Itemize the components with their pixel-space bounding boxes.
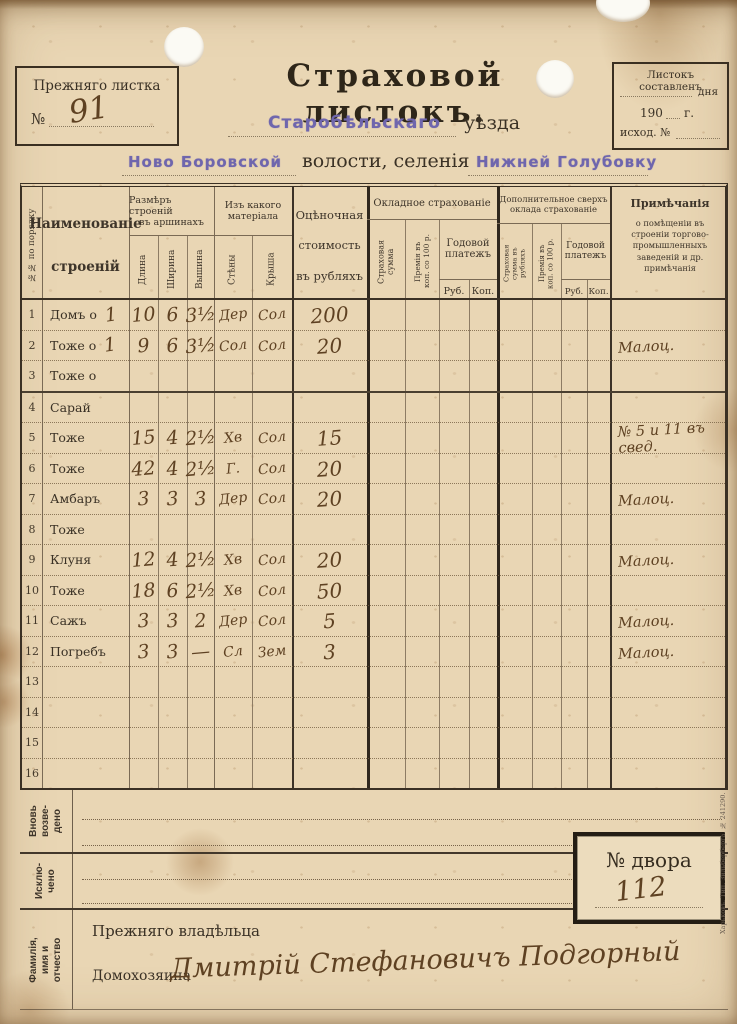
- extra-payment-line1: Годовой: [566, 241, 605, 251]
- dotted-line: [620, 96, 692, 97]
- height-value: —: [186, 635, 215, 667]
- grid-line: [72, 790, 73, 852]
- estimated-value: 20: [291, 451, 368, 486]
- table-row: 7 Амбаръ 3 3 3 Дер Сол 20 Малоц.: [22, 484, 725, 515]
- newly-built-label: Вновь возве- дено: [28, 805, 64, 837]
- torn-notch: [596, 0, 650, 22]
- table-row: 3 Тоже о: [22, 361, 725, 393]
- dotted-line: [595, 907, 703, 908]
- issue-outgoing-label: исход. №: [620, 126, 671, 139]
- extra-premium-line1: Премія въ: [538, 245, 546, 282]
- width-value: 3: [157, 605, 188, 637]
- length-value: 12: [128, 544, 159, 576]
- extra-premium-line2: коп. со 100 р.: [547, 238, 555, 288]
- row-number: 1: [22, 300, 42, 330]
- length-value: 18: [128, 574, 159, 606]
- col-header-value-line2: стоимость: [298, 238, 360, 252]
- handwritten-count: 1: [103, 334, 118, 357]
- estimated-value: 200: [291, 297, 368, 332]
- building-name: Тоже: [50, 583, 85, 598]
- previous-sheet-box: Прежняго листка № 91: [15, 66, 179, 146]
- col-header-value-line1: Оцѣночная: [296, 208, 364, 222]
- note-value: Малоц.: [611, 603, 730, 639]
- length-value: 10: [128, 299, 159, 331]
- width-value: 4: [157, 544, 188, 576]
- note-value: [611, 572, 730, 608]
- height-value: 3½: [186, 329, 215, 361]
- building-name: Тоже о: [50, 368, 96, 383]
- estimated-value: 5: [291, 603, 368, 638]
- row-number: 4: [22, 393, 42, 423]
- row-number: 15: [22, 728, 42, 758]
- table-row: 11 Сажъ 3 3 2 Дер Сол 5 Малоц.: [22, 606, 725, 637]
- building-name-cell: Тоже: [42, 576, 129, 606]
- printer-mark: Харьковъ. Тип. Зильберберга. № 241290.: [720, 788, 734, 938]
- building-name-cell: Домъ о1: [42, 300, 129, 330]
- table-row: 4 Сарай: [22, 393, 725, 424]
- building-name-cell: Тоже: [42, 515, 129, 545]
- width-value: 6: [157, 299, 188, 331]
- row-number: 6: [22, 454, 42, 484]
- building-name: Сарай: [50, 400, 91, 415]
- estimated-value: 20: [291, 481, 368, 516]
- col-header-length: Длина: [129, 235, 158, 304]
- table-header: №№ по порядку Наименованіе строеній Разм…: [20, 183, 728, 300]
- building-name-cell: Погребъ: [42, 637, 129, 667]
- roof-material: Сол: [251, 543, 294, 577]
- height-value: 2: [186, 605, 215, 637]
- notes-subheader: о помѣщеніи въ строеніи торгово-промышле…: [616, 218, 724, 274]
- row-number: 3: [22, 361, 42, 391]
- newly-built-line2: возве-: [40, 805, 51, 837]
- roof-material: Сол: [251, 573, 294, 607]
- size-group-line1: Размѣръ строеній: [129, 195, 214, 217]
- table-row: 2 Тоже о1 9 6 3½ Сол Сол 20 Малоц.: [22, 331, 725, 362]
- building-name-cell: Тоже о1: [42, 331, 129, 361]
- building-name: Погребъ: [50, 644, 106, 659]
- col-header-height: Вышина: [187, 235, 214, 304]
- oklad-premium-header: Премія въкоп. со 100 р.: [413, 235, 431, 289]
- building-name: Клуня: [50, 552, 91, 567]
- length-value: 3: [128, 635, 159, 667]
- table-row: 15: [22, 728, 725, 759]
- walls-material: Хв: [213, 543, 254, 576]
- building-name-cell: Сажъ: [42, 606, 129, 636]
- length-value: 42: [128, 452, 159, 484]
- roof-material: Сол: [251, 328, 294, 362]
- volost-label: волости, селенія: [302, 150, 469, 172]
- material-group-line1: Изъ какого: [225, 200, 282, 211]
- newly-built-line3: дено: [52, 809, 63, 833]
- yard-number-handwritten: 112: [613, 871, 668, 908]
- col-header-name-line1: Наименованіе: [29, 216, 141, 232]
- roof-material: Сол: [251, 482, 294, 516]
- building-name: Тоже о: [50, 338, 96, 353]
- oklad-group-header: Окладное страхованіе: [367, 187, 497, 219]
- handwritten-count: 1: [103, 303, 118, 326]
- newly-built-line1: Вновь: [28, 805, 39, 837]
- yard-number-label: № двора: [577, 848, 721, 872]
- width-value: 4: [157, 422, 188, 454]
- building-name: Амбаръ: [50, 491, 100, 506]
- table-row: 1 Домъ о1 10 6 3½ Дер Сол 200: [22, 300, 725, 331]
- size-group-line2: въ аршинахъ: [139, 217, 204, 228]
- roof-material: Сол: [251, 604, 294, 638]
- extra-sum-line3: рубляхъ: [519, 249, 527, 278]
- walls-material: Хв: [213, 421, 254, 454]
- row-number: 7: [22, 484, 42, 514]
- row-number: 8: [22, 515, 42, 545]
- roof-material: Сол: [251, 298, 294, 332]
- building-name-cell: Амбаръ: [42, 484, 129, 514]
- table-row: 14: [22, 698, 725, 729]
- height-value: 2½: [186, 544, 215, 576]
- extra-group-line1: Дополнительное сверхъ: [499, 195, 607, 205]
- roof-material: Зем: [251, 634, 294, 668]
- excluded-label: Исклю- чено: [34, 863, 58, 899]
- householder-name-handwritten: Дмитрій Стефановичъ Подгорный: [170, 934, 731, 985]
- table-row: 12 Погребъ 3 3 — Сл Зем 3 Малоц.: [22, 637, 725, 668]
- row-number: 10: [22, 576, 42, 606]
- excluded-line1: Исклю-: [34, 863, 45, 899]
- extra-sum-line1: Страховая: [502, 245, 510, 282]
- issue-box: Листокъ составленъ дня 190 г. исход. №: [612, 62, 729, 150]
- newly-built-label-cell: Вновь возве- дено: [20, 790, 72, 852]
- building-name-cell: Тоже: [42, 454, 129, 484]
- oklad-payment-line2: платежъ: [445, 249, 491, 260]
- previous-sheet-number-handwritten: 91: [66, 89, 111, 131]
- grid-line: [72, 910, 73, 1009]
- col-header-value-line3: въ рубляхъ: [296, 269, 363, 283]
- row-number: 16: [22, 759, 42, 789]
- oklad-sum-header: Страховаясумма: [376, 239, 395, 283]
- dotted-line: [666, 118, 680, 119]
- extra-premium-header: Премія въкоп. со 100 р.: [538, 238, 555, 288]
- width-value: 6: [157, 574, 188, 606]
- yard-number-box: № двора 112: [573, 832, 725, 924]
- note-value: [611, 450, 730, 486]
- length-value: 3: [128, 605, 159, 637]
- estimated-value: 15: [291, 420, 368, 455]
- oklad-payment-line1: Годовой: [446, 238, 489, 249]
- table-row: 10 Тоже 18 6 2½ Хв Сол 50: [22, 576, 725, 607]
- note-value: [611, 297, 730, 333]
- oklad-sum-line1: Страховая: [376, 239, 385, 283]
- note-value: № 5 и 11 въ свед.: [611, 420, 730, 456]
- row-number: 14: [22, 698, 42, 728]
- estimated-value: 20: [291, 328, 368, 363]
- estimated-value: 50: [291, 573, 368, 608]
- extra-sum-header: Страховаясумма върубляхъ: [502, 245, 526, 282]
- col-header-name-line2: строеній: [51, 259, 120, 275]
- walls-material: Дер: [213, 604, 254, 637]
- oklad-premium-line2: коп. со 100 р.: [422, 235, 431, 289]
- building-name: Тоже: [50, 461, 85, 476]
- extra-payment-line2: платежъ: [565, 251, 606, 261]
- oklad-sum-line2: сумма: [386, 248, 395, 274]
- table-body: 1 Домъ о1 10 6 3½ Дер Сол 200 2 Тоже о1 …: [20, 300, 728, 790]
- row-number: 13: [22, 667, 42, 697]
- walls-material: Дер: [213, 298, 254, 331]
- walls-material: Г.: [213, 452, 254, 485]
- length-value: 9: [128, 329, 159, 361]
- row-number: 9: [22, 545, 42, 575]
- excluded-label-cell: Исклю- чено: [20, 854, 72, 908]
- extra-sum-line2: сумма въ: [510, 247, 518, 280]
- row-number: 12: [22, 637, 42, 667]
- table-row: 16: [22, 759, 725, 789]
- table-row: 9 Клуня 12 4 2½ Хв Сол 20 Малоц.: [22, 545, 725, 576]
- walls-material: Дер: [213, 482, 254, 515]
- walls-material: Сл: [213, 635, 254, 668]
- issue-day-label: дня: [698, 86, 718, 98]
- height-value: 2½: [186, 574, 215, 606]
- insurance-sheet-page: Прежняго листка № 91 Страховой листокъ. …: [0, 0, 737, 1024]
- building-name: Тоже: [50, 430, 85, 445]
- col-header-width: Ширина: [158, 235, 187, 304]
- table-row: 5 Тоже 15 4 2½ Хв Сол 15 № 5 и 11 въ све…: [22, 423, 725, 454]
- table-row: 6 Тоже 42 4 2½ Г. Сол 20: [22, 454, 725, 485]
- family-name-section: Фамилія, имя и отчество Прежняго владѣль…: [20, 910, 728, 1010]
- uyezd-label: уѣзда: [464, 112, 520, 134]
- width-value: 4: [157, 452, 188, 484]
- table-row: 8 Тоже: [22, 515, 725, 546]
- width-value: 6: [157, 329, 188, 361]
- family-label-cell: Фамилія, имя и отчество: [20, 910, 72, 1009]
- notes-header: Примѣчанія: [630, 197, 709, 210]
- volost-stamp: Ново Боровской: [128, 153, 282, 171]
- note-value: Малоц.: [611, 633, 730, 669]
- walls-material: Сол: [213, 329, 254, 362]
- previous-owner-label: Прежняго владѣльца: [92, 922, 260, 940]
- building-name: Тоже: [50, 522, 85, 537]
- issue-year-suffix: г.: [684, 106, 694, 120]
- village-stamp: Нижней Голубовку: [476, 153, 657, 171]
- col-header-walls: Стѣны: [214, 235, 252, 304]
- roof-material: Сол: [251, 421, 294, 455]
- family-line2: отчество: [52, 937, 63, 982]
- note-value: Малоц.: [611, 481, 730, 517]
- width-value: 3: [157, 635, 188, 667]
- dotted-line: [676, 138, 720, 139]
- building-name-cell: Клуня: [42, 545, 129, 575]
- roof-material: Сол: [251, 451, 294, 485]
- height-value: 3: [186, 483, 215, 515]
- family-line1: Фамилія, имя и: [28, 937, 51, 982]
- walls-material: Хв: [213, 574, 254, 607]
- material-group-line2: матеріала: [228, 211, 278, 222]
- col-header-roof: Крыша: [252, 235, 292, 304]
- col-header-row-number: №№ по порядку: [22, 187, 42, 304]
- building-name-cell: Сарай: [42, 393, 129, 423]
- family-label: Фамилія, имя и отчество: [28, 934, 64, 986]
- row-number: 2: [22, 331, 42, 361]
- row-number: 5: [22, 423, 42, 453]
- dotted-line: [228, 136, 456, 137]
- height-value: 2½: [186, 422, 215, 454]
- oklad-premium-line1: Премія въ: [413, 241, 422, 281]
- number-sign: №: [31, 110, 45, 128]
- row-number: 11: [22, 606, 42, 636]
- building-name: Сажъ: [50, 613, 86, 628]
- extra-group-line2: оклада страхованіе: [510, 205, 597, 215]
- estimated-value: 3: [291, 634, 368, 669]
- dotted-line: [82, 818, 722, 820]
- dotted-line: [468, 175, 648, 176]
- building-name-cell: Тоже: [42, 423, 129, 453]
- issue-year-prefix: 190: [640, 106, 663, 120]
- uyezd-stamp: Старобѣльскаго: [268, 113, 441, 133]
- excluded-line2: чено: [46, 869, 57, 893]
- dotted-line: [122, 175, 296, 176]
- height-value: 3½: [186, 299, 215, 331]
- building-name: Домъ о: [50, 307, 97, 322]
- width-value: 3: [157, 483, 188, 515]
- length-value: 3: [128, 483, 159, 515]
- note-value: Малоц.: [611, 327, 730, 363]
- length-value: 15: [128, 422, 159, 454]
- building-name-cell: Тоже о: [42, 361, 129, 391]
- note-value: Малоц.: [611, 542, 730, 578]
- grid-line: [72, 854, 73, 908]
- height-value: 2½: [186, 452, 215, 484]
- table-row: 13: [22, 667, 725, 698]
- estimated-value: 20: [291, 542, 368, 577]
